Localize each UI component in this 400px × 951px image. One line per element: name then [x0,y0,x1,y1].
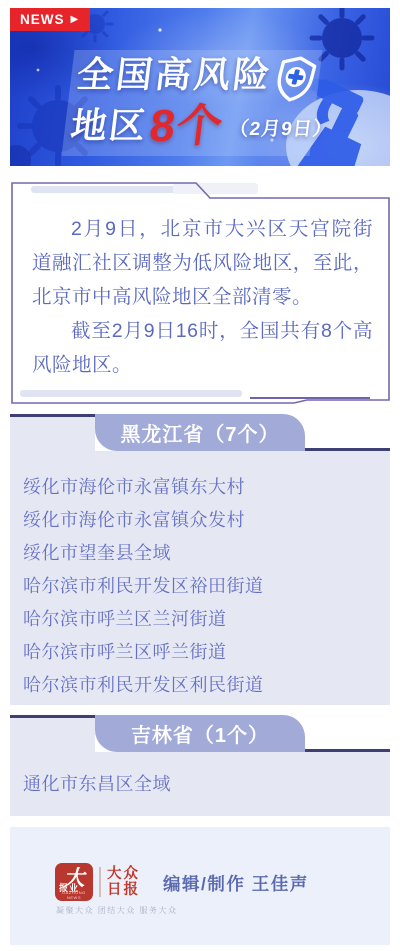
publisher-slogan: 凝聚大众 团结大众 服务大众 [56,905,177,916]
header-line-left [10,715,95,752]
sparkle [37,69,40,72]
brand-name: 大众 日报 [107,866,140,898]
banner-title-line2: 地区 [69,106,150,146]
brand-line1: 大众 [107,866,140,882]
editor-credit: 编辑/制作 王佳声 [163,871,309,896]
province-header: 吉林省（1个） [10,715,390,752]
intro-text: 2月9日，北京市大兴区天宫院街道融汇社区调整为低风险地区，至此，北京市中高风险地… [32,212,373,382]
region-item: 哈尔滨市利民开发区利民街道 [23,669,382,702]
region-item: 绥化市海伦市永富镇东大村 [23,471,382,504]
header-line-left [10,414,95,451]
banner-date: （2月9日） [228,110,335,141]
province-title-heilongjiang: 黑龙江省（7个） [95,414,305,451]
section-heilongjiang: 黑龙江省（7个） 绥化市海伦市永富镇东大村 绥化市海伦市永富镇众发村 绥化市望奎… [10,414,390,705]
logo-english: DAZHONG NEWS [55,890,93,900]
region-item: 绥化市望奎县全域 [23,537,382,570]
region-list-jilin: 通化市东昌区全域 [10,752,390,816]
play-arrow-icon: ▶ [71,15,80,25]
banner-title: 全国高风险 地区 8个 （2月9日） [68,52,342,151]
footer: 大 报业 DAZHONG NEWS 大众 日报 凝聚大众 团结大众 服务大众 编… [10,827,390,945]
intro-box: 2月9日，北京市大兴区天宫院街道融汇社区调整为低风险地区，至此，北京市中高风险地… [11,182,390,404]
province-header: 黑龙江省（7个） [10,414,390,451]
brand-line2: 日报 [107,882,140,898]
region-item: 哈尔滨市呼兰区兰河街道 [23,603,382,636]
region-item: 哈尔滨市利民开发区裕田街道 [23,570,382,603]
news-banner: NEWS ▶ 全国高风险 地区 8个 （2月9日） [10,8,390,166]
virus-icon [10,145,31,166]
intro-paragraph-1: 2月9日，北京市大兴区天宫院街道融汇社区调整为低风险地区，至此，北京市中高风险地… [32,212,373,314]
accent-line-bottom [250,397,370,399]
page: NEWS ▶ 全国高风险 地区 8个 （2月9日） [0,0,400,951]
banner-title-line1: 全国高风险 [75,55,275,95]
logo-divider [99,867,101,897]
region-list-heilongjiang: 绥化市海伦市永富镇东大村 绥化市海伦市永富镇众发村 绥化市望奎县全域 哈尔滨市利… [10,451,390,705]
section-jilin: 吉林省（1个） 通化市东昌区全域 [10,715,390,816]
header-line-right [305,715,390,752]
province-title-jilin: 吉林省（1个） [95,715,305,752]
intro-paragraph-2: 截至2月9日16时，全国共有8个高风险地区。 [32,314,373,382]
region-item: 通化市东昌区全域 [23,768,382,801]
region-item: 哈尔滨市呼兰区呼兰街道 [23,636,382,669]
dazhong-logo-icon: 大 报业 DAZHONG NEWS [55,863,93,901]
news-badge: NEWS ▶ [10,8,90,31]
shield-cross-icon [270,53,321,104]
region-item: 绥化市海伦市永富镇众发村 [23,504,382,537]
banner-count: 8个 [147,101,227,151]
header-line-right [305,414,390,451]
news-badge-label: NEWS [20,12,65,27]
sparkle [158,28,161,31]
